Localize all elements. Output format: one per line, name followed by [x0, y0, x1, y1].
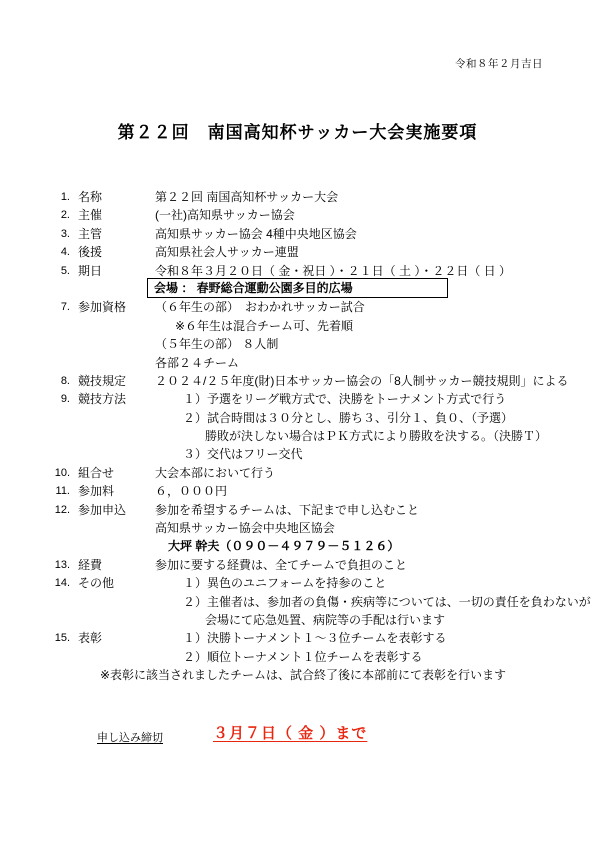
item-label: 組合せ	[78, 464, 114, 482]
item-row-method-3: ３）交代はフリー交代	[0, 445, 595, 463]
item-number: 3.	[40, 225, 70, 243]
item-text: ２）試合時間は３０分とし、勝ち３、引分１、負０、（予選）	[0, 409, 595, 427]
item-number: 9.	[40, 390, 70, 408]
item-label: 競技方法	[78, 390, 126, 408]
item-label: 参加資格	[78, 298, 126, 316]
item-number: 10.	[40, 464, 70, 482]
items-list: 1. 名称 第２２回 南国高知杯サッカー大会 2. 主催 (一社)高知県サッカー…	[0, 188, 595, 685]
item-number: 2.	[40, 206, 70, 224]
document-page: 令和８年２月吉日 第２２回 南国高知杯サッカー大会実施要項 1. 名称 第２２回…	[0, 0, 595, 841]
item-row-method: 9. 競技方法 １）予選をリーグ戦方式で、決勝をトーナメント方式で行う	[0, 390, 595, 408]
item-number: 1.	[40, 188, 70, 206]
deadline-value: ３月７日（ 金 ）まで	[213, 722, 367, 743]
item-row-rules: 8. 競技規定 ２０２４/２５年度(財)日本サッカー協会の「8人制サッカー競技規…	[0, 372, 595, 390]
item-row-awards-2: ２）順位トーナメント１位チームを表彰する	[0, 648, 595, 666]
deadline-label: 申し込み締切	[97, 729, 163, 745]
item-number: 4.	[40, 243, 70, 261]
item-number: 5.	[40, 262, 70, 280]
item-number: 8.	[40, 372, 70, 390]
item-text: 会場にて応急処置、病院等の手配は行います	[0, 611, 595, 629]
item-row-organizer: 2. 主催 (一社)高知県サッカー協会	[0, 206, 595, 224]
item-number: 7.	[40, 298, 70, 316]
item-label: 参加料	[78, 482, 114, 500]
item-row-expenses: 13. 経費 参加に要する経費は、全てチームで負担のこと	[0, 556, 595, 574]
item-number: 12.	[40, 501, 70, 519]
item-label: 参加申込	[78, 501, 126, 519]
item-label: 競技規定	[78, 372, 126, 390]
item-label: 表彰	[78, 629, 102, 647]
item-label: 主管	[78, 225, 102, 243]
item-number: 15.	[40, 629, 70, 647]
item-text: ３）交代はフリー交代	[0, 445, 595, 463]
item-label: 後援	[78, 243, 102, 261]
item-row-grade5: （５年生の部） ８人制	[0, 335, 595, 353]
item-text: （５年生の部） ８人制	[0, 335, 595, 353]
item-row-fee: 11. 参加料 ６，０００円	[0, 482, 595, 500]
issue-date: 令和８年２月吉日	[455, 56, 543, 71]
document-title: 第２２回 南国高知杯サッカー大会実施要項	[0, 118, 595, 143]
item-row-venue: 会場 ： 春野総合運動公園多目的広場	[0, 280, 595, 298]
item-text: ※表彰に該当されましたチームは、試合終了後に本部前にて表彰を行います	[0, 666, 595, 684]
item-row-application-org: 高知県サッカー協会中央地区協会	[0, 519, 595, 537]
item-row-contact: 大坪 幹夫（０９０－４９７９－５１２６）	[0, 537, 595, 555]
item-row-other: 14. その他 １）異色のユニフォームを持参のこと	[0, 574, 595, 592]
item-row-draw: 10. 組合せ 大会本部において行う	[0, 464, 595, 482]
item-row-eligibility: 7. 参加資格 （６年生の部） おわかれサッカー試合	[0, 298, 595, 316]
item-row-application: 12. 参加申込 参加を希望するチームは、下記まで申し込むこと	[0, 501, 595, 519]
item-label: その他	[78, 574, 114, 592]
item-text: ２）順位トーナメント１位チームを表彰する	[0, 648, 595, 666]
item-row-support: 4. 後援 高知県社会人サッカー連盟	[0, 243, 595, 261]
item-number: 13.	[40, 556, 70, 574]
item-label: 主催	[78, 206, 102, 224]
item-row-awards-note: ※表彰に該当されましたチームは、試合終了後に本部前にて表彰を行います	[0, 666, 595, 684]
item-number: 14.	[40, 574, 70, 592]
item-label: 経費	[78, 556, 102, 574]
item-row-awards: 15. 表彰 １）決勝トーナメント１～３位チームを表彰する	[0, 629, 595, 647]
item-row-team-count: 各部２４チーム	[0, 354, 595, 372]
item-text: 高知県サッカー協会中央地区協会	[0, 519, 595, 537]
item-row-management: 3. 主管 高知県サッカー協会 4種中央地区協会	[0, 225, 595, 243]
item-row-other-2-cont: 会場にて応急処置、病院等の手配は行います	[0, 611, 595, 629]
item-row-method-2-cont: 勝敗が決しない場合はＰＫ方式により勝敗を決する。（決勝Ｔ）	[0, 427, 595, 445]
item-row-eligibility-note: ※６年生は混合チーム可、先着順	[0, 317, 595, 335]
item-text: ２）主催者は、参加者の負傷・疾病等については、一切の責任を負わないが	[0, 593, 595, 611]
contact-name-phone: 大坪 幹夫（０９０－４９７９－５１２６）	[0, 537, 595, 555]
item-row-method-2: ２）試合時間は３０分とし、勝ち３、引分１、負０、（予選）	[0, 409, 595, 427]
item-text: 各部２４チーム	[0, 354, 595, 372]
item-text: ※６年生は混合チーム可、先着順	[0, 317, 595, 335]
item-label: 名称	[78, 188, 102, 206]
item-label: 期日	[78, 262, 102, 280]
venue-box: 会場 ： 春野総合運動公園多目的広場	[147, 278, 448, 298]
item-number: 11.	[40, 482, 70, 500]
item-text: 勝敗が決しない場合はＰＫ方式により勝敗を決する。（決勝Ｔ）	[0, 427, 595, 445]
item-row-name: 1. 名称 第２２回 南国高知杯サッカー大会	[0, 188, 595, 206]
item-row-other-2: ２）主催者は、参加者の負傷・疾病等については、一切の責任を負わないが	[0, 593, 595, 611]
